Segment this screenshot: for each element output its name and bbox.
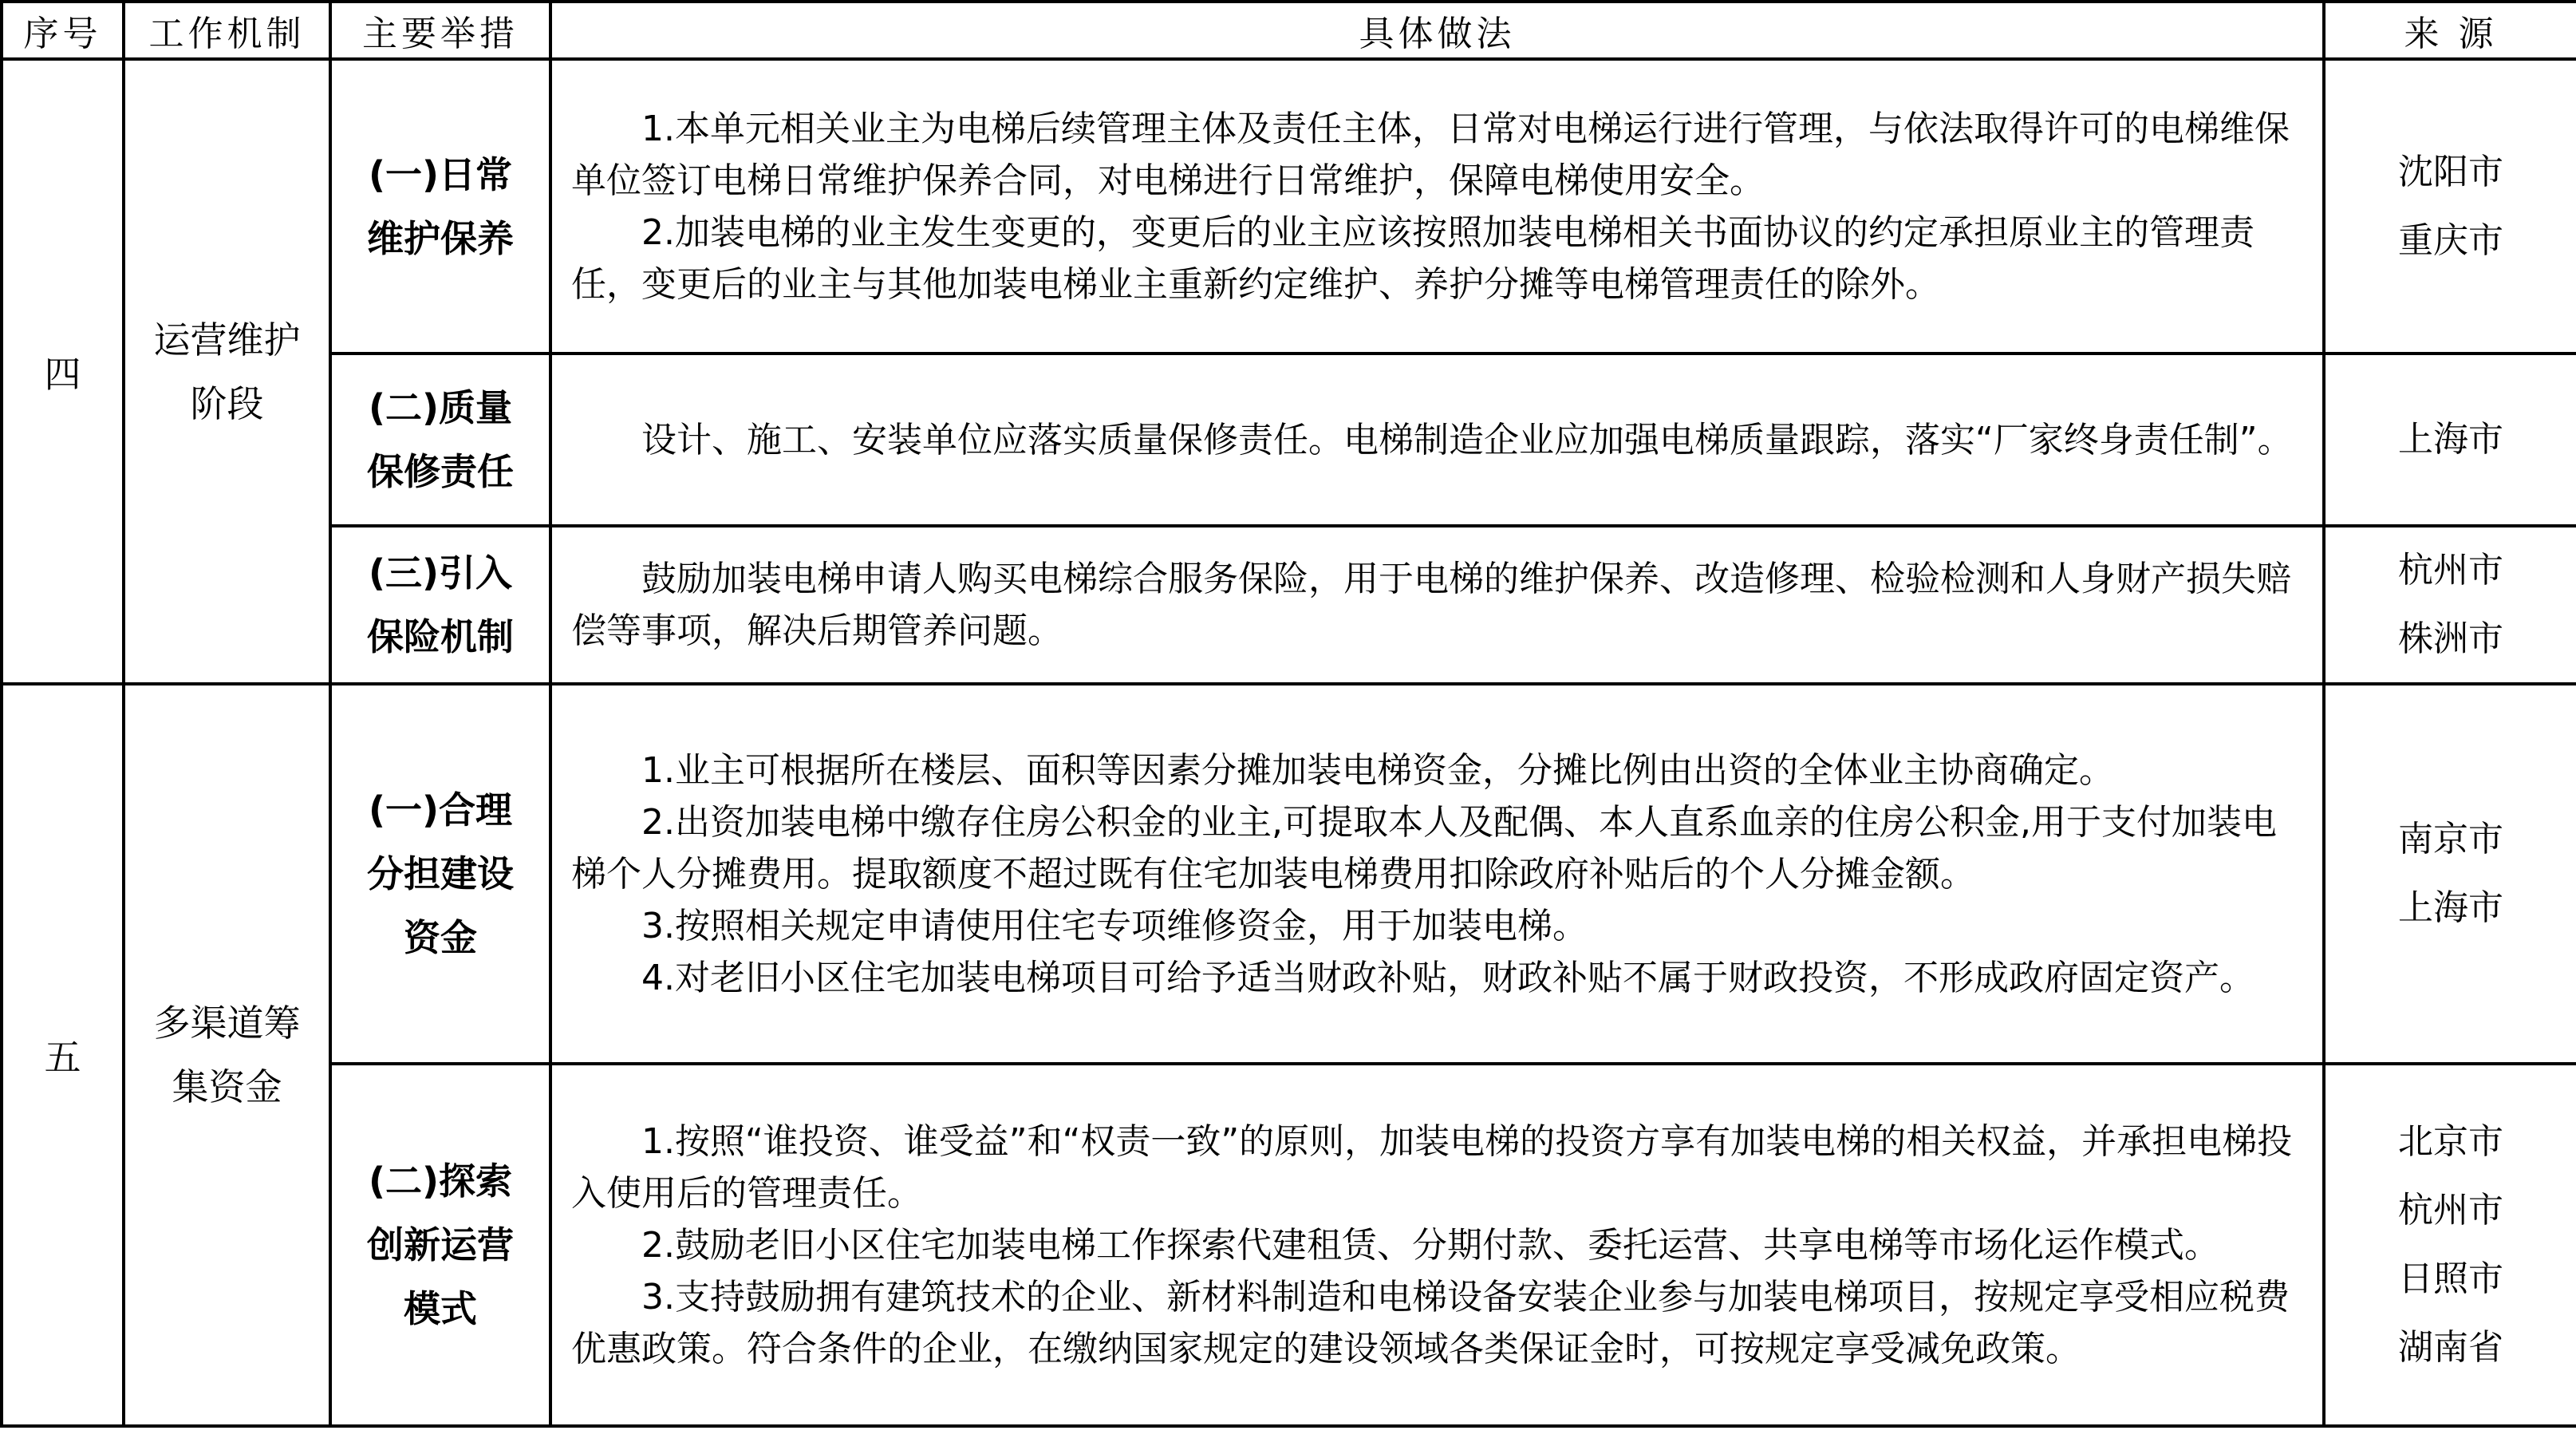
table-row-insurance: (三)引入 保险机制 鼓励加装电梯申请人购买电梯综合服务保险，用于电梯的维护保养… [2, 526, 2576, 684]
paragraph: 4.对老旧小区住宅加装电梯项目可给予适当财政补贴，财政补贴不属于财政投资，不形成… [571, 952, 2303, 1004]
details-cell-insurance: 鼓励加装电梯申请人购买电梯综合服务保险，用于电梯的维护保养、改造修理、检验检测和… [550, 526, 2324, 684]
table-row-operation-model: (二)探索 创新运营 模式 1.按照“谁投资、谁受益”和“权责一致”的原则，加装… [2, 1064, 2576, 1426]
paragraph: 1.业主可根据所在楼层、面积等因素分摊加装电梯资金，分摊比例由出资的全体业主协商… [571, 745, 2303, 796]
paragraph: 1.本单元相关业主为电梯后续管理主体及责任主体，日常对电梯运行进行管理，与依法取… [571, 103, 2303, 207]
measure-cell-insurance: (三)引入 保险机制 [330, 526, 550, 684]
source-cell-cost-sharing: 南京市 上海市 [2324, 684, 2576, 1064]
details-cell-daily-maintenance: 1.本单元相关业主为电梯后续管理主体及责任主体，日常对电梯运行进行管理，与依法取… [550, 59, 2324, 354]
table-row-maintenance: 四 运营维护 阶段 (一)日常 维护保养 1.本单元相关业主为电梯后续管理主体及… [2, 59, 2576, 354]
paragraph: 3.按照相关规定申请使用住宅专项维修资金，用于加装电梯。 [571, 900, 2303, 952]
measure-cell-quality-warranty: (二)质量 保修责任 [330, 354, 550, 526]
details-cell-operation-model: 1.按照“谁投资、谁受益”和“权责一致”的原则，加装电梯的投资方享有加装电梯的相… [550, 1064, 2324, 1426]
document-page: 序号 工作机制 主要举措 具体做法 来 源 四 运营维护 阶段 (一)日常 维护… [0, 0, 2576, 1442]
paragraph: 设计、施工、安装单位应落实质量保修责任。电梯制造企业应加强电梯质量跟踪，落实“厂… [571, 414, 2303, 466]
source-cell-quality-warranty: 上海市 [2324, 354, 2576, 526]
header-source: 来 源 [2324, 2, 2576, 59]
source-cell-insurance: 杭州市 株洲市 [2324, 526, 2576, 684]
header-index: 序号 [2, 2, 124, 59]
measure-cell-cost-sharing: (一)合理 分担建设 资金 [330, 684, 550, 1064]
paragraph: 2.加装电梯的业主发生变更的，变更后的业主应该按照加装电梯相关书面协议的约定承担… [571, 207, 2303, 310]
source-cell-daily-maintenance: 沈阳市 重庆市 [2324, 59, 2576, 354]
measure-cell-daily-maintenance: (一)日常 维护保养 [330, 59, 550, 354]
paragraph: 2.出资加装电梯中缴存住房公积金的业主,可提取本人及配偶、本人直系血亲的住房公积… [571, 796, 2303, 900]
table-row-cost-sharing: 五 多渠道筹 集资金 (一)合理 分担建设 资金 1.业主可根据所在楼层、面积等… [2, 684, 2576, 1064]
index-cell-four: 四 [2, 59, 124, 684]
source-cell-operation-model: 北京市 杭州市 日照市 湖南省 [2324, 1064, 2576, 1426]
table-row-quality-warranty: (二)质量 保修责任 设计、施工、安装单位应落实质量保修责任。电梯制造企业应加强… [2, 354, 2576, 526]
details-cell-quality-warranty: 设计、施工、安装单位应落实质量保修责任。电梯制造企业应加强电梯质量跟踪，落实“厂… [550, 354, 2324, 526]
paragraph: 鼓励加装电梯申请人购买电梯综合服务保险，用于电梯的维护保养、改造修理、检验检测和… [571, 553, 2303, 657]
details-cell-cost-sharing: 1.业主可根据所在楼层、面积等因素分摊加装电梯资金，分摊比例由出资的全体业主协商… [550, 684, 2324, 1064]
measure-cell-operation-model: (二)探索 创新运营 模式 [330, 1064, 550, 1426]
paragraph: 3.支持鼓励拥有建筑技术的企业、新材料制造和电梯设备安装企业参与加装电梯项目，按… [571, 1271, 2303, 1375]
header-measure: 主要举措 [330, 2, 550, 59]
index-cell-five: 五 [2, 684, 124, 1426]
mechanism-cell-funding: 多渠道筹 集资金 [124, 684, 330, 1426]
mechanism-cell-operation: 运营维护 阶段 [124, 59, 330, 684]
paragraph: 1.按照“谁投资、谁受益”和“权责一致”的原则，加装电梯的投资方享有加装电梯的相… [571, 1116, 2303, 1219]
elevator-policy-table: 序号 工作机制 主要举措 具体做法 来 源 四 运营维护 阶段 (一)日常 维护… [0, 0, 2576, 1428]
header-details: 具体做法 [550, 2, 2324, 59]
paragraph: 2.鼓励老旧小区住宅加装电梯工作探索代建租赁、分期付款、委托运营、共享电梯等市场… [571, 1219, 2303, 1271]
header-mechanism: 工作机制 [124, 2, 330, 59]
header-row: 序号 工作机制 主要举措 具体做法 来 源 [2, 2, 2576, 59]
